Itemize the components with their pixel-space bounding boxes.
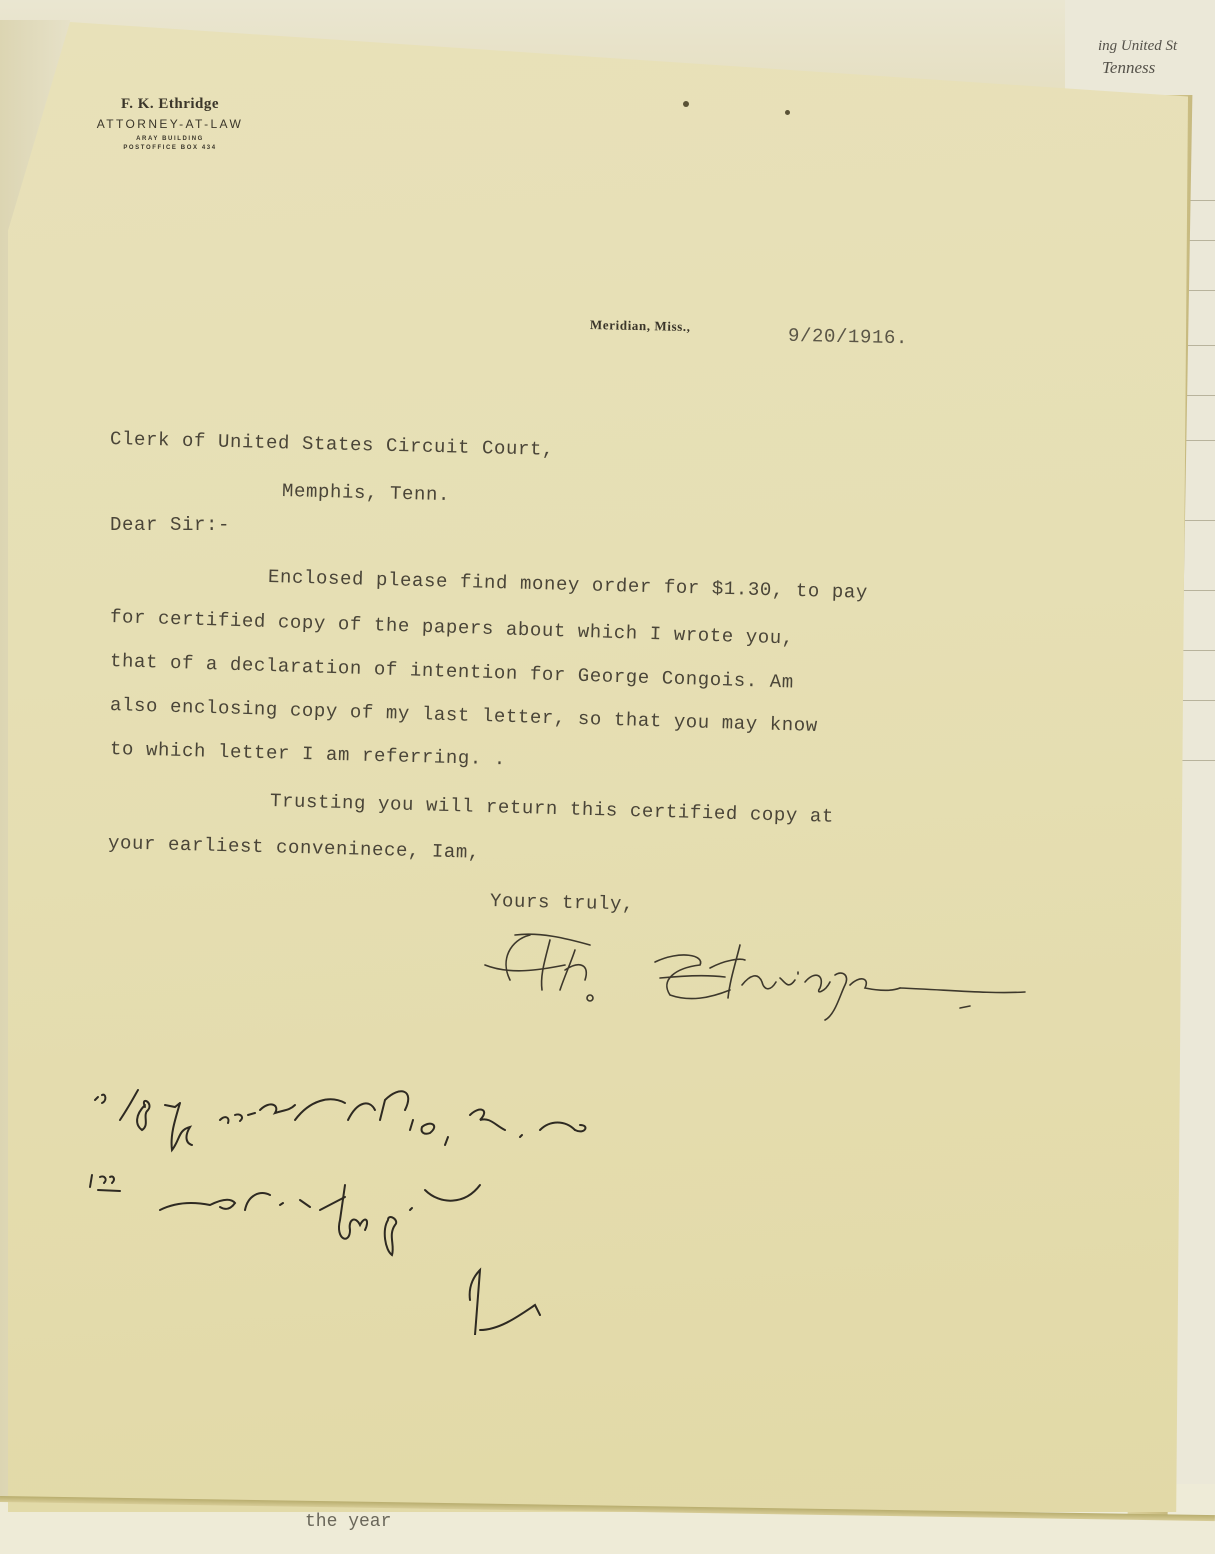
letter-date: 9/20/1916. [788,325,908,350]
background-text: the year [305,1512,391,1532]
letterhead-title: ATTORNEY-AT-LAW [65,117,275,131]
letterhead-name: F. K. Ethridge [65,96,275,113]
signature [480,920,1040,1030]
salutation: Dear Sir:- [110,514,230,536]
recipient-line-2: Memphis, Tenn. [282,480,451,506]
punch-hole [785,110,790,115]
shorthand-annotation [80,1075,1110,1335]
closing: Yours truly, [490,890,635,916]
background-text: ing United St [1098,38,1177,55]
punch-hole [683,101,689,107]
letter-place: Meridian, Miss., [590,317,691,335]
background-text: Tenness [1102,58,1155,78]
letterhead: F. K. Ethridge ATTORNEY-AT-LAW ARAY BUIL… [65,96,275,151]
letterhead-postoffice: POSTOFFICE BOX 434 [65,145,275,151]
letterhead-building: ARAY BUILDING [65,136,275,142]
